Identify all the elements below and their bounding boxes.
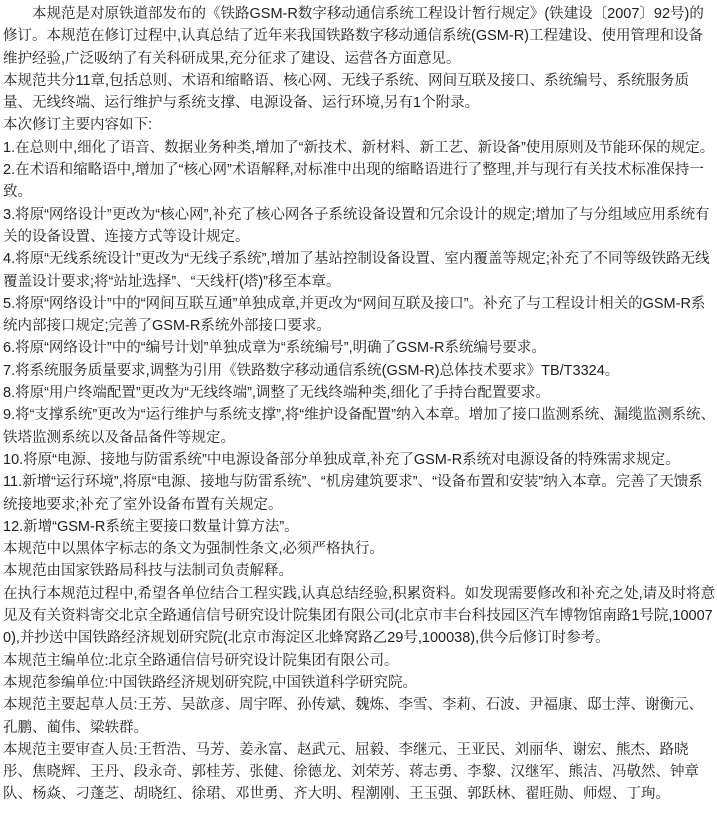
paragraph: 本规范主要起草人员:王芳、吴歆彦、周宇晖、孙传斌、魏炼、李雪、李莉、石波、尹福康…	[3, 694, 716, 739]
paragraph: 在执行本规范过程中,希望各单位结合工程实践,认真总结经验,积累资料。如发现需要修…	[3, 583, 716, 650]
paragraph: 8.将原“用户终端配置”更改为“无线终端”,调整了无线终端种类,细化了手持台配置…	[3, 382, 716, 404]
paragraph: 5.将原“网络设计”中的“网间互联互通”单独成章,并更改为“网间互联及接口”。补…	[3, 293, 716, 338]
paragraph: 本规范主要审查人员:王哲浩、马芳、姜永富、赵武元、屈毅、李继元、王亚民、刘丽华、…	[3, 739, 716, 806]
paragraph: 本规范是对原铁道部发布的《铁路GSM-R数字移动通信系统工程设计暂行规定》(铁建…	[3, 3, 716, 70]
paragraph: 4.将原“无线系统设计”更改为“无线子系统”,增加了基站控制设备设置、室内覆盖等…	[3, 248, 716, 293]
paragraph: 本规范由国家铁路局科技与法制司负责解释。	[3, 560, 716, 582]
paragraph: 10.将原“电源、接地与防雷系统”中电源设备部分单独成章,补充了GSM-R系统对…	[3, 449, 716, 471]
paragraph: 2.在术语和缩略语中,增加了“核心网”术语解释,对标准中出现的缩略语进行了整理,…	[3, 159, 716, 204]
paragraph: 6.将原“网络设计”中的“编号计划”单独成章为“系统编号”,明确了GSM-R系统…	[3, 337, 716, 359]
document-page: 本规范是对原铁道部发布的《铁路GSM-R数字移动通信系统工程设计暂行规定》(铁建…	[0, 0, 717, 826]
document-body: 本规范是对原铁道部发布的《铁路GSM-R数字移动通信系统工程设计暂行规定》(铁建…	[3, 3, 716, 806]
paragraph: 本次修订主要内容如下:	[3, 114, 716, 136]
paragraph: 本规范共分11章,包括总则、术语和缩略语、核心网、无线子系统、网间互联及接口、系…	[3, 70, 716, 115]
paragraph: 12.新增“GSM-R系统主要接口数量计算方法”。	[3, 516, 716, 538]
paragraph: 本规范参编单位:中国铁路经济规划研究院,中国铁道科学研究院。	[3, 672, 716, 694]
paragraph: 11.新增“运行环境”,将原“电源、接地与防雷系统”、“机房建筑要求”、“设备布…	[3, 471, 716, 516]
paragraph: 7.将系统服务质量要求,调整为引用《铁路数字移动通信系统(GSM-R)总体技术要…	[3, 360, 716, 382]
paragraph: 本规范主编单位:北京全路通信信号研究设计院集团有限公司。	[3, 650, 716, 672]
paragraph: 3.将原“网络设计”更改为“核心网”,补充了核心网各子系统设备设置和冗余设计的规…	[3, 204, 716, 249]
paragraph: 9.将“支撑系统”更改为“运行维护与系统支撑”,将“维护设备配置”纳入本章。增加…	[3, 404, 716, 449]
paragraph: 1.在总则中,细化了语音、数据业务种类,增加了“新技术、新材料、新工艺、新设备”…	[3, 137, 716, 159]
paragraph: 本规范中以黑体字标志的条文为强制性条文,必须严格执行。	[3, 538, 716, 560]
